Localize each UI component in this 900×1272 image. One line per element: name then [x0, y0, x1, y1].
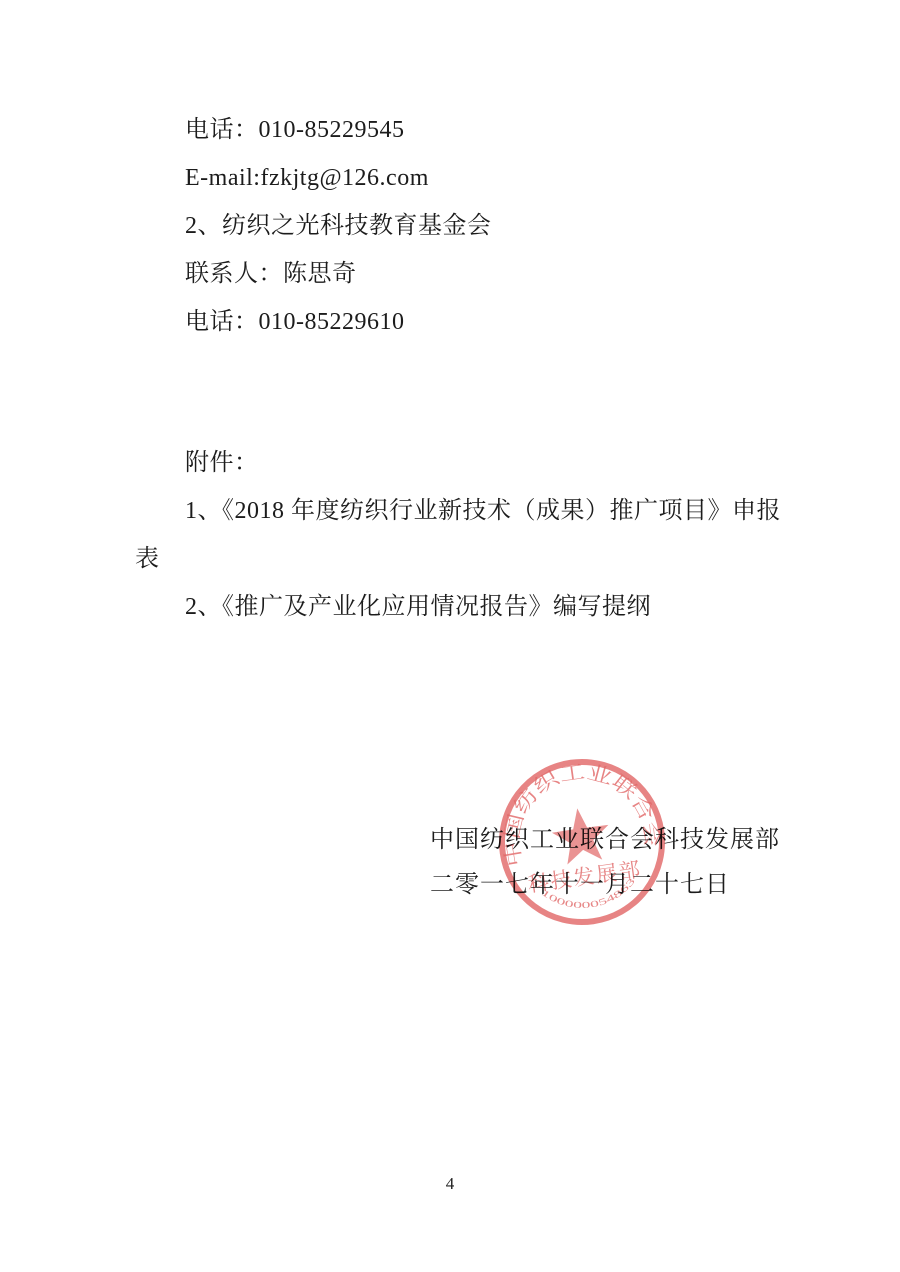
- phone-line-1: 电话：010-85229545: [185, 106, 492, 154]
- signature-block: 中国纺织工业联合会科技发展部 二零一七年十一月二十七日: [430, 818, 780, 908]
- document-page: 电话：010-85229545 E-mail:fzkjtg@126.com 2、…: [0, 0, 900, 1272]
- signature-organization: 中国纺织工业联合会科技发展部: [430, 818, 780, 863]
- signature-date: 二零一七年十一月二十七日: [430, 863, 780, 908]
- phone-line-2: 电话：010-85229610: [185, 298, 492, 346]
- contact-person-line: 联系人：陈思奇: [185, 250, 492, 298]
- email-line: E-mail:fzkjtg@126.com: [185, 154, 492, 202]
- organization-item-line: 2、纺织之光科技教育基金会: [185, 202, 492, 250]
- attachments-block: 附件： 1、《2018 年度纺织行业新技术（成果）推广项目》申报 表 2、《推广…: [135, 439, 781, 631]
- page-number: 4: [0, 1174, 900, 1194]
- contact-block: 电话：010-85229545 E-mail:fzkjtg@126.com 2、…: [185, 106, 492, 346]
- attachment-item-1: 1、《2018 年度纺织行业新技术（成果）推广项目》申报: [135, 487, 781, 535]
- attachment-item-2: 2、《推广及产业化应用情况报告》编写提纲: [135, 583, 781, 631]
- attachments-heading: 附件：: [135, 439, 781, 487]
- attachment-item-1-wrap: 表: [135, 535, 781, 583]
